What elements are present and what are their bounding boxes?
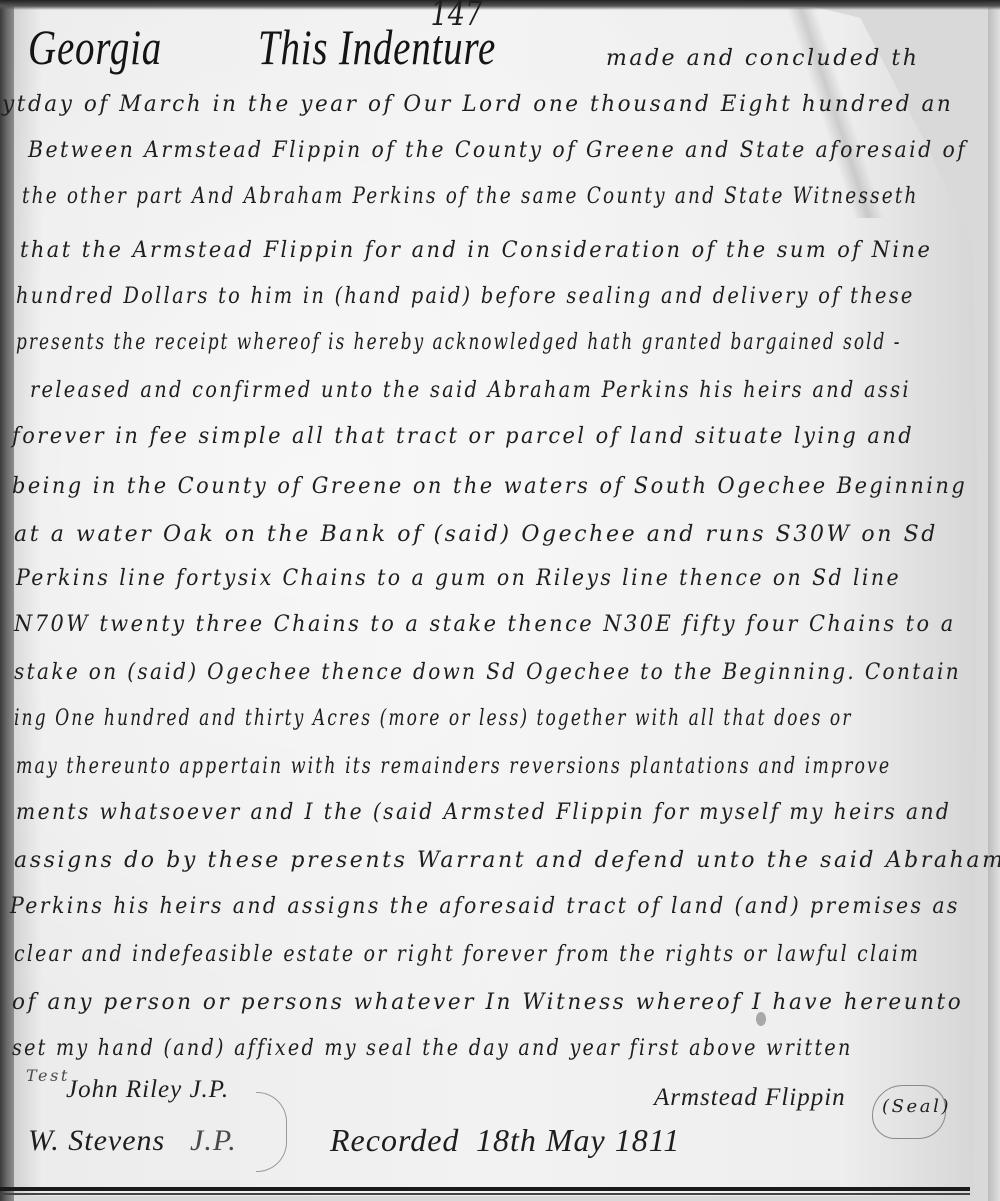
- body-line-1: ytday of March in the year of Our Lord o…: [2, 92, 953, 117]
- body-line-5: hundred Dollars to him in (hand paid) be…: [16, 284, 915, 309]
- body-line-16: ments whatsoever and I the (said Armsted…: [16, 800, 951, 825]
- heading-rest: made and concluded th: [606, 46, 919, 71]
- body-line-2: Between Armstead Flippin of the County o…: [28, 138, 967, 163]
- bottom-rule-line-2: [0, 1193, 970, 1195]
- scanned-page: 147 Georgia This Indenture made and conc…: [0, 0, 1000, 1201]
- body-line-15: may thereunto appertain with its remaind…: [16, 754, 891, 779]
- body-line-8: forever in fee simple all that tract or …: [12, 424, 914, 449]
- witness-1-name: John Riley J.P.: [66, 1076, 229, 1104]
- top-edge-shadow: [0, 0, 1000, 10]
- body-line-11: Perkins line fortysix Chains to a gum on…: [16, 566, 901, 591]
- recorded-date: 18th May 1811: [476, 1122, 680, 1159]
- witness-label: Test: [26, 1066, 70, 1085]
- body-line-14: ing One hundred and thirty Acres (more o…: [14, 706, 853, 731]
- body-line-13: stake on (said) Ogechee thence down Sd O…: [14, 660, 961, 685]
- body-line-12: N70W twenty three Chains to a stake then…: [14, 612, 956, 637]
- body-line-3: the other part And Abraham Perkins of th…: [22, 184, 919, 209]
- ink-spot: [756, 1012, 766, 1026]
- witness-2-title: J.P.: [190, 1124, 237, 1158]
- body-line-6: presents the receipt whereof is hereby a…: [16, 330, 901, 355]
- body-line-20: of any person or persons whatever In Wit…: [12, 990, 963, 1015]
- heading-title: This Indenture: [258, 18, 496, 76]
- book-binding-edge: [0, 0, 14, 1201]
- page-right-edge: [988, 0, 1000, 1201]
- grantor-signature: Armstead Flippin: [654, 1084, 846, 1112]
- seal-mark: (Seal): [882, 1096, 951, 1117]
- body-line-21: set my hand (and) affixed my seal the da…: [12, 1036, 853, 1061]
- bottom-rule-line: [0, 1187, 970, 1191]
- heading-state: Georgia: [28, 18, 162, 76]
- body-line-10: at a water Oak on the Bank of (said) Oge…: [14, 522, 938, 547]
- body-line-7: released and confirmed unto the said Abr…: [30, 378, 911, 403]
- body-line-17: assigns do by these presents Warrant and…: [14, 848, 1000, 873]
- witness-2-name: W. Stevens: [28, 1124, 165, 1158]
- body-line-18: Perkins his heirs and assigns the afores…: [10, 894, 960, 919]
- recorded-label: Recorded: [330, 1122, 459, 1159]
- body-line-19: clear and indefeasible estate or right f…: [14, 942, 920, 967]
- body-line-4: that the Armstead Flippin for and in Con…: [20, 238, 932, 263]
- body-line-9: being in the County of Greene on the wat…: [12, 474, 967, 499]
